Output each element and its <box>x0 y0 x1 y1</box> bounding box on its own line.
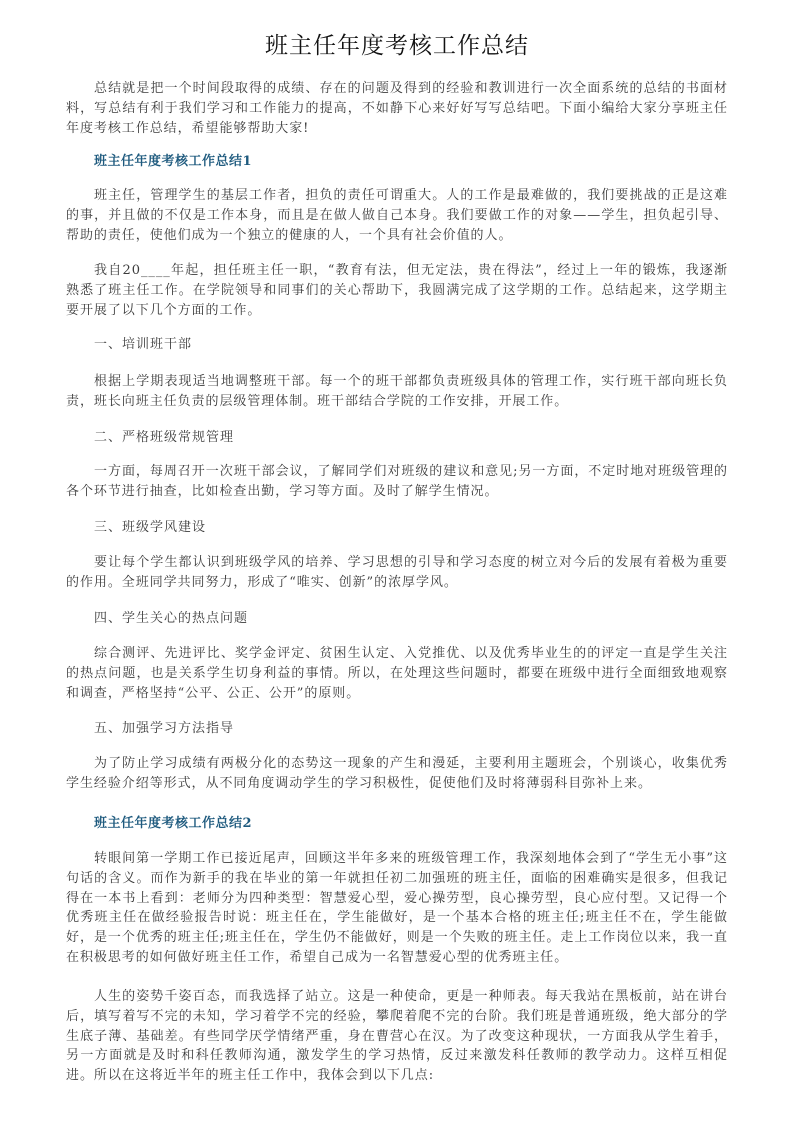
section-1-p1-block: 班主任，管理学生的基层工作者，担负的责任可谓重大。人的工作是最难做的，我们要挑战… <box>66 186 728 245</box>
item-2-head-block: 二、严格班级常规管理 <box>66 428 728 448</box>
item-1-head-block: 一、培训班干部 <box>66 335 728 355</box>
item-body-4: 综合测评、先进评比、奖学金评定、贫困生认定、入党推优、以及优秀毕业生的的评定一直… <box>66 644 728 703</box>
section-2-paragraph-1: 转眼间第一学期工作已接近尾声，回顾这半年多来的班级管理工作，我深刻地体会到了“学… <box>66 849 728 968</box>
item-2-body-block: 一方面，每周召开一次班干部会议，了解同学们对班级的建议和意见;另一方面，不定时地… <box>66 462 728 502</box>
item-body-3: 要让每个学生都认识到班级学风的培养、学习思想的引导和学习态度的树立对今后的发展有… <box>66 553 728 593</box>
section-1-heading: 班主任年度考核工作总结1 <box>66 152 728 172</box>
document-page: 班主任年度考核工作总结 总结就是把一个时间段取得的成绩、存在的问题及得到的经验和… <box>0 0 794 1123</box>
item-body-1: 根据上学期表现适当地调整班干部。每一个的班干部都负责班级具体的管理工作，实行班干… <box>66 372 728 412</box>
item-body-2: 一方面，每周召开一次班干部会议，了解同学们对班级的建议和意见;另一方面，不定时地… <box>66 462 728 502</box>
section-1-heading-block: 班主任年度考核工作总结1 <box>66 152 728 172</box>
section-2-p1-block: 转眼间第一学期工作已接近尾声，回顾这半年多来的班级管理工作，我深刻地体会到了“学… <box>66 849 728 968</box>
item-4-body-block: 综合测评、先进评比、奖学金评定、贫困生认定、入党推优、以及优秀毕业生的的评定一直… <box>66 644 728 703</box>
section-1-p2-block: 我自20____年起，担任班主任一职，“教育有法，但无定法，贵在得法”，经过上一… <box>66 261 728 320</box>
section-1-paragraph-2: 我自20____年起，担任班主任一职，“教育有法，但无定法，贵在得法”，经过上一… <box>66 261 728 320</box>
page-title: 班主任年度考核工作总结 <box>0 30 794 62</box>
item-3-head-block: 三、班级学风建设 <box>66 518 728 538</box>
section-2-heading-block: 班主任年度考核工作总结2 <box>66 814 728 834</box>
item-body-5: 为了防止学习成绩有两极分化的态势这一现象的产生和漫延，主要利用主题班会，个别谈心… <box>66 754 728 794</box>
item-5-head-block: 五、加强学习方法指导 <box>66 719 728 739</box>
intro-paragraph-block: 总结就是把一个时间段取得的成绩、存在的问题及得到的经验和教训进行一次全面系统的总… <box>66 79 728 138</box>
section-2-paragraph-2: 人生的姿势千姿百态，而我选择了站立。这是一种使命，更是一种师表。每天我站在黑板前… <box>66 987 728 1086</box>
item-5-body-block: 为了防止学习成绩有两极分化的态势这一现象的产生和漫延，主要利用主题班会，个别谈心… <box>66 754 728 794</box>
item-heading-3: 三、班级学风建设 <box>66 518 728 538</box>
item-heading-2: 二、严格班级常规管理 <box>66 428 728 448</box>
item-3-body-block: 要让每个学生都认识到班级学风的培养、学习思想的引导和学习态度的树立对今后的发展有… <box>66 553 728 593</box>
item-heading-4: 四、学生关心的热点问题 <box>66 609 728 629</box>
section-1-paragraph-1: 班主任，管理学生的基层工作者，担负的责任可谓重大。人的工作是最难做的，我们要挑战… <box>66 186 728 245</box>
section-2-heading: 班主任年度考核工作总结2 <box>66 814 728 834</box>
item-1-body-block: 根据上学期表现适当地调整班干部。每一个的班干部都负责班级具体的管理工作，实行班干… <box>66 372 728 412</box>
item-heading-5: 五、加强学习方法指导 <box>66 719 728 739</box>
intro-paragraph: 总结就是把一个时间段取得的成绩、存在的问题及得到的经验和教训进行一次全面系统的总… <box>66 79 728 138</box>
item-4-head-block: 四、学生关心的热点问题 <box>66 609 728 629</box>
section-2-p2-block: 人生的姿势千姿百态，而我选择了站立。这是一种使命，更是一种师表。每天我站在黑板前… <box>66 987 728 1086</box>
item-heading-1: 一、培训班干部 <box>66 335 728 355</box>
